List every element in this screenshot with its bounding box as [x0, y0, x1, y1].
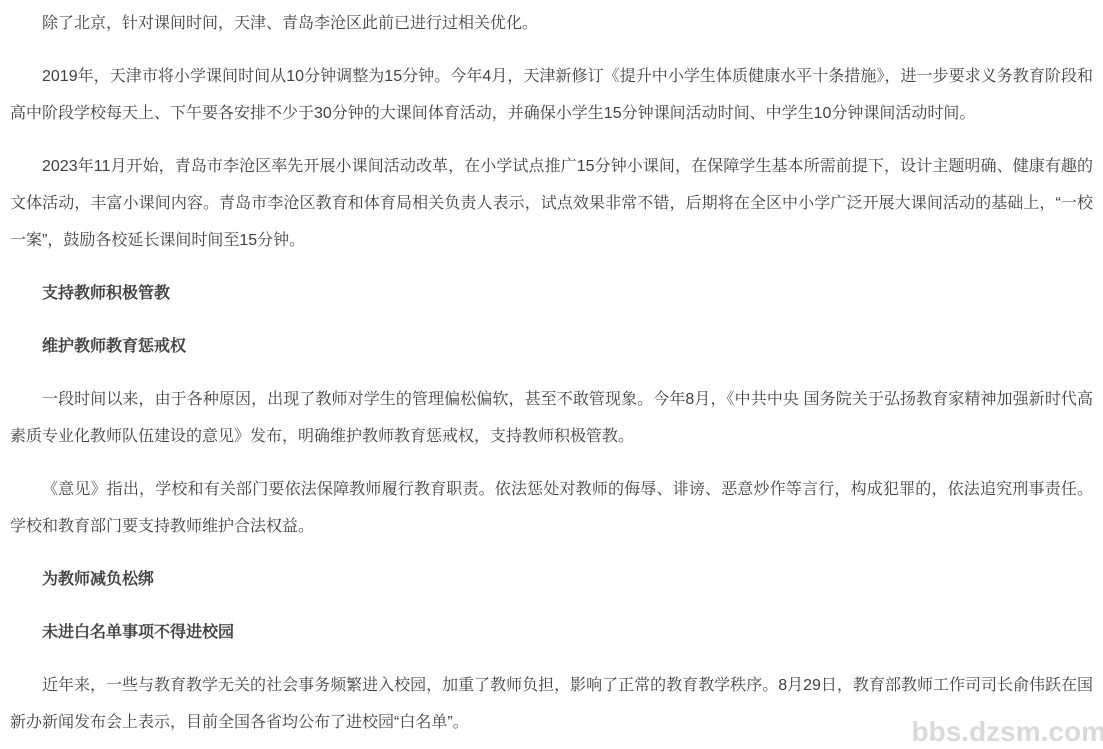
section-heading: 未进白名单事项不得进校园 — [10, 614, 1093, 651]
section-heading: 支持教师积极管教 — [10, 275, 1093, 312]
section-heading: 维护教师教育惩戒权 — [10, 328, 1093, 365]
article-body: 除了北京，针对课间时间，天津、青岛李沧区此前已进行过相关优化。 2019年，天津… — [0, 0, 1103, 741]
paragraph: 2019年，天津市将小学课间时间从10分钟调整为15分钟。今年4月，天津新修订《… — [10, 58, 1093, 132]
paragraph: 《意见》指出，学校和有关部门要依法保障教师履行教育职责。依法惩处对教师的侮辱、诽… — [10, 471, 1093, 545]
watermark: bbs.dzsm.com — [912, 716, 1103, 748]
paragraph: 除了北京，针对课间时间，天津、青岛李沧区此前已进行过相关优化。 — [10, 5, 1093, 42]
paragraph: 2023年11月开始，青岛市李沧区率先开展小课间活动改革，在小学试点推广15分钟… — [10, 148, 1093, 259]
section-heading: 为教师减负松绑 — [10, 561, 1093, 598]
paragraph: 一段时间以来，由于各种原因，出现了教师对学生的管理偏松偏软，甚至不敢管现象。今年… — [10, 381, 1093, 455]
